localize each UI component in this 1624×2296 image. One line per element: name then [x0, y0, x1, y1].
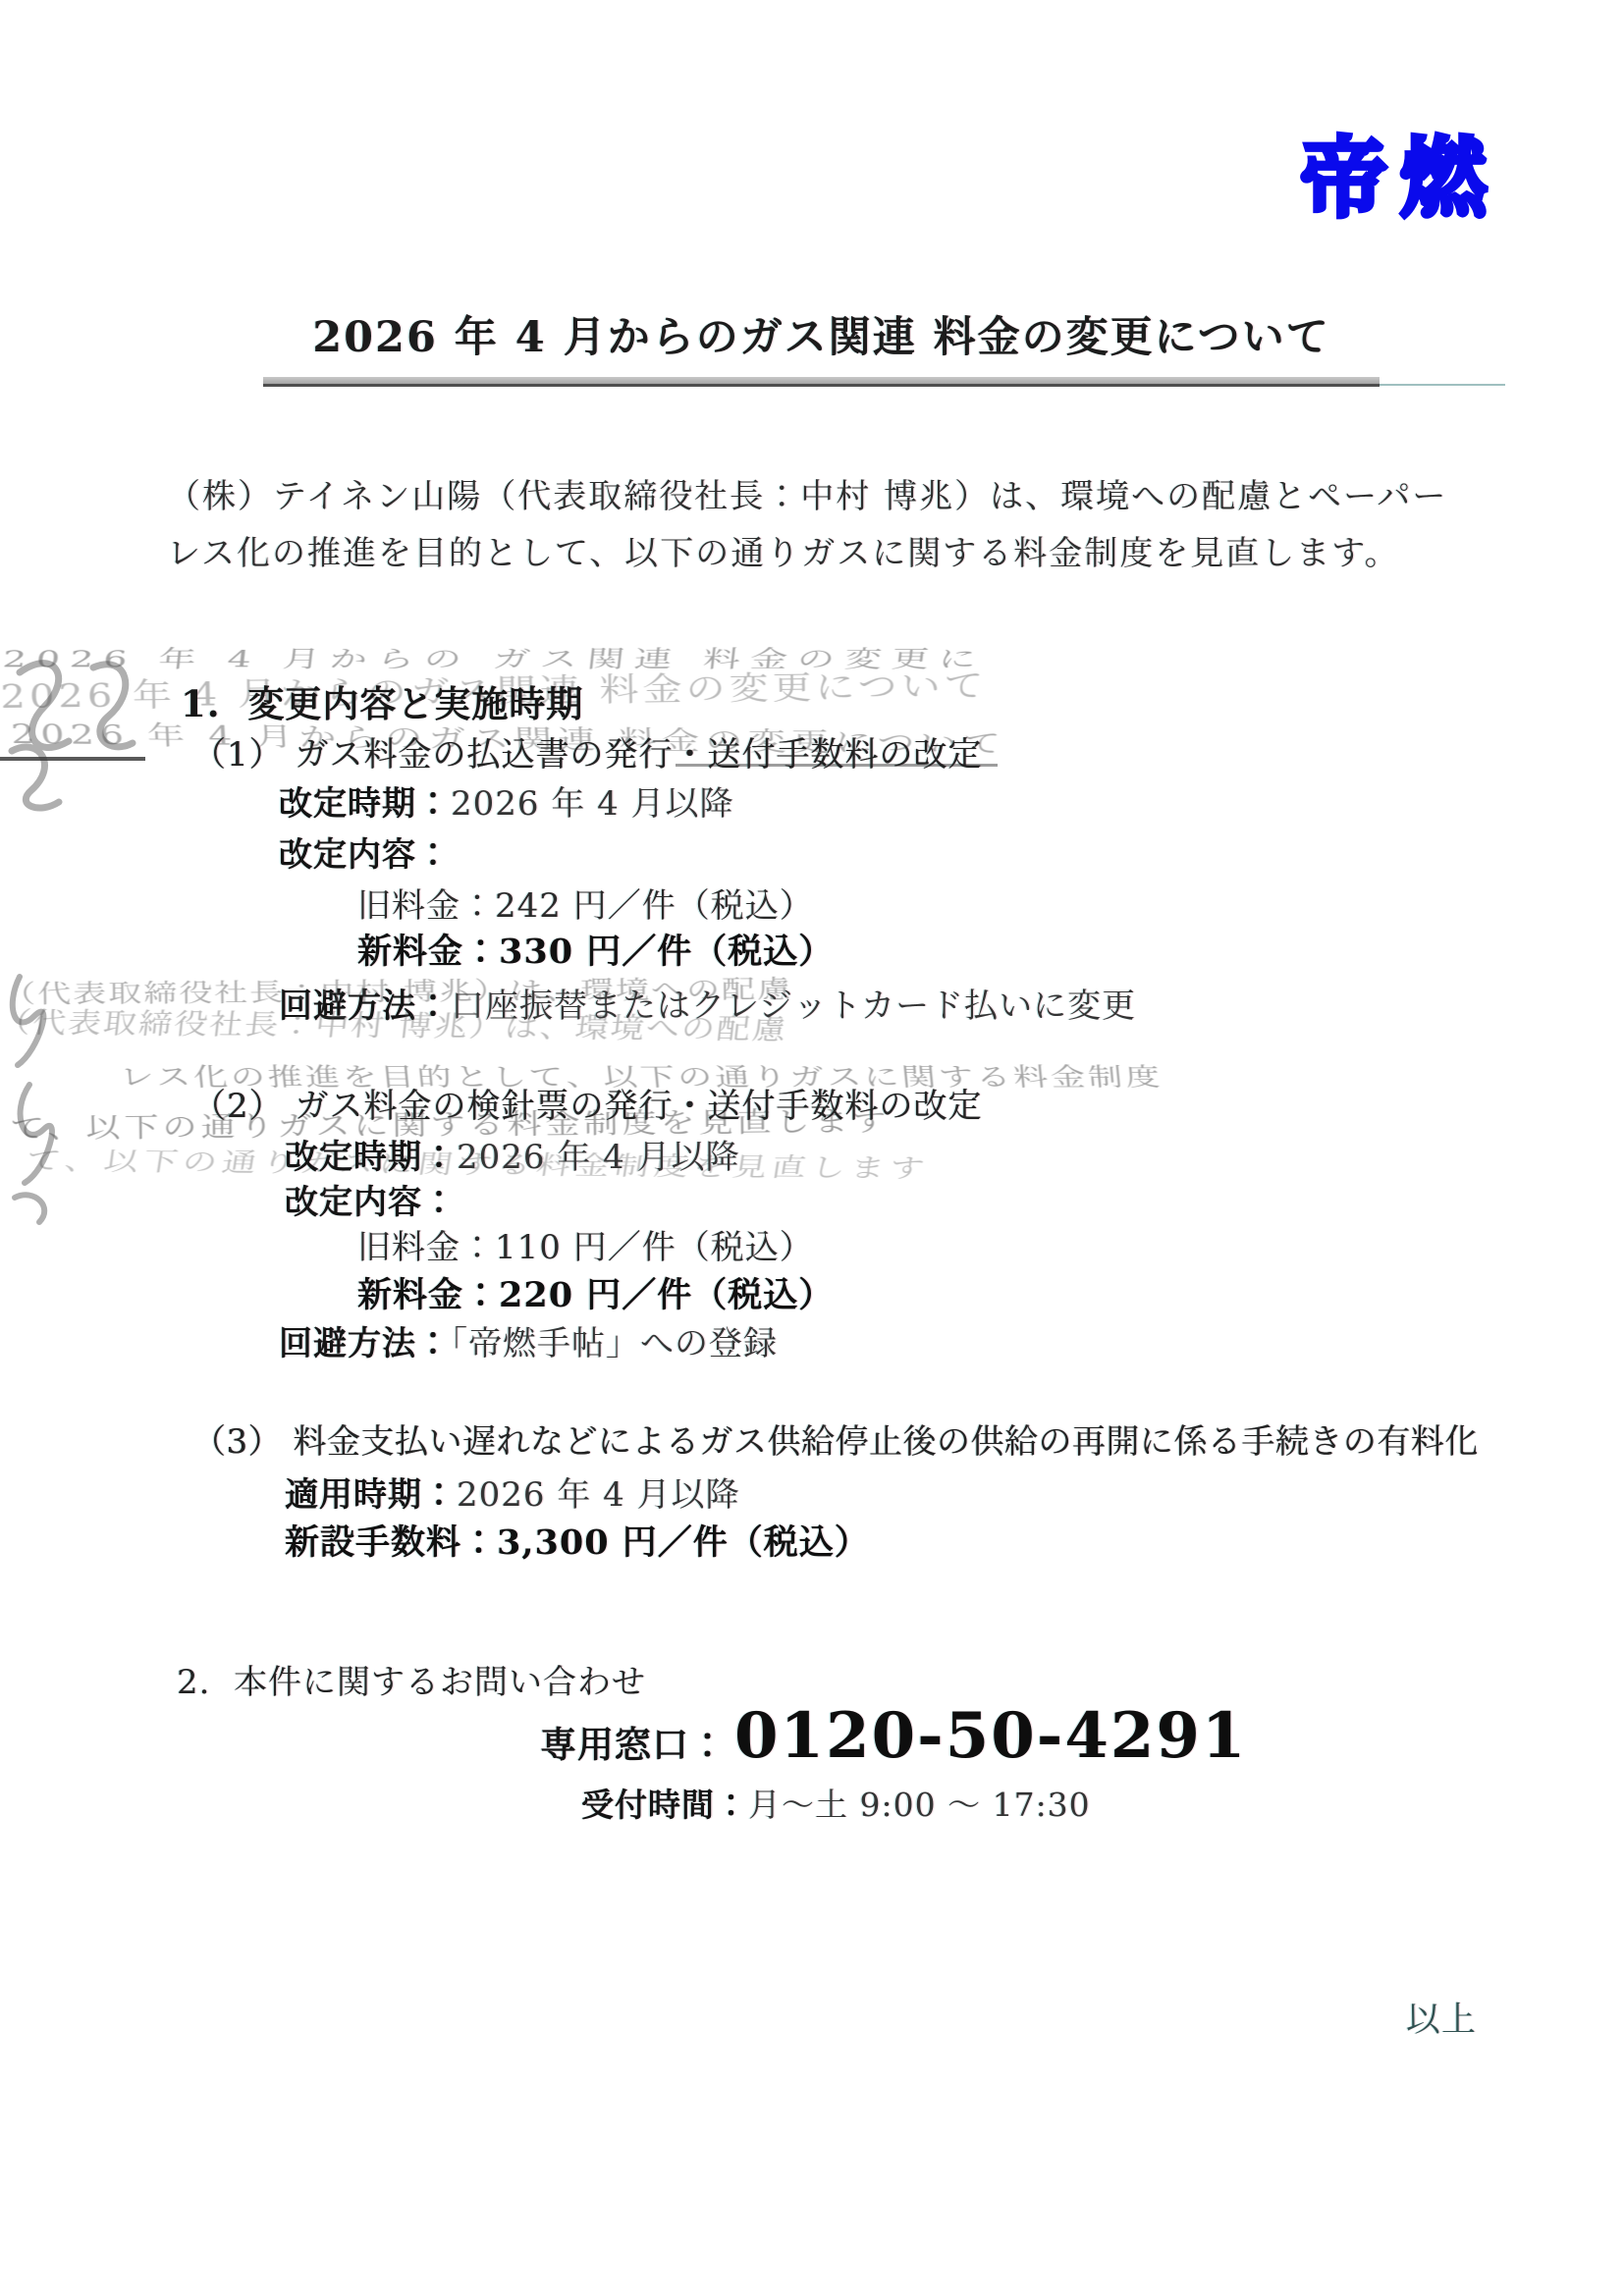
- scan-smudge-icon: [0, 957, 88, 1232]
- item2-title: （2） ガス料金の検針票の発行・送付手数料の改定: [192, 1088, 982, 1126]
- ghost-underline-fragment: [0, 757, 145, 761]
- hours-label: 受付時間：: [581, 1786, 748, 1824]
- item2-detail-label: 改定内容：: [285, 1184, 457, 1222]
- item1-period-value: 2026 年 4 月以降: [451, 784, 734, 824]
- item1-detail-label: 改定内容：: [279, 836, 451, 875]
- item2-avoid-row: 回避方法：「帝燃手帖」への登録: [279, 1325, 778, 1363]
- item3-period-value: 2026 年 4 月以降: [457, 1475, 740, 1515]
- item2-avoid-value: 「帝燃手帖」への登録: [451, 1324, 778, 1363]
- section2-heading: 2. 本件に関するお問い合わせ: [177, 1664, 646, 1702]
- item2-avoid-label: 回避方法：: [279, 1324, 451, 1363]
- ghost-intro-echo-2: （代表取締役社長：中村 博兆）は、環境への配慮: [0, 999, 790, 1047]
- title-underline-tail: [1380, 384, 1505, 386]
- item3-period-row: 適用時期：2026 年 4 月以降: [285, 1476, 740, 1515]
- company-logo: 帝燃: [1300, 110, 1500, 234]
- item1-old-fee: 旧料金：242 円／件（税込）: [357, 887, 814, 926]
- intro-line-1: （株）テイネン山陽（代表取締役社長：中村 博兆）は、環境への配慮とペーパー: [167, 478, 1447, 516]
- scanned-document-page: 帝燃 2026 年 4 月からのガス関連 料金の変更について （株）テイネン山陽…: [0, 0, 1624, 2296]
- phone-label: 専用窓口：: [540, 1724, 727, 1766]
- item2-old-fee: 旧料金：110 円／件（税込）: [357, 1229, 814, 1267]
- scan-smudge-icon: [0, 633, 167, 820]
- document-title: 2026 年 4 月からのガス関連 料金の変更について: [263, 314, 1380, 362]
- item3-title: （3） 料金支払い遅れなどによるガス供給停止後の供給の再開に係る手続きの有料化: [192, 1423, 1479, 1462]
- hours-value: 月～土 9:00 ～ 17:30: [748, 1786, 1091, 1824]
- item1-period-label: 改定時期：: [279, 784, 451, 824]
- item2-period-label: 改定時期：: [285, 1138, 457, 1177]
- item1-title: （1） ガス料金の払込書の発行・送付手数料の改定: [192, 736, 982, 774]
- item1-new-fee: 新料金：330 円／件（税込）: [357, 933, 834, 972]
- item1-period-row: 改定時期：2026 年 4 月以降: [279, 785, 734, 824]
- item2-new-fee: 新料金：220 円／件（税込）: [357, 1276, 834, 1315]
- title-underline: [263, 377, 1380, 387]
- item2-period-row: 改定時期：2026 年 4 月以降: [285, 1139, 740, 1177]
- item3-new-fee: 新設手数料：3,300 円／件（税込）: [285, 1523, 870, 1563]
- phone-row: 専用窓口： 0120-50-4291: [540, 1700, 1247, 1773]
- item2-period-value: 2026 年 4 月以降: [457, 1138, 740, 1177]
- closing-text: 以上: [1406, 2001, 1477, 2040]
- section1-heading: 1. 変更内容と実施時期: [181, 683, 583, 725]
- hours-row: 受付時間：月～土 9:00 ～ 17:30: [581, 1787, 1091, 1824]
- intro-line-2: レス化の推進を目的として、以下の通りガスに関する料金制度を見直します。: [167, 535, 1400, 573]
- item3-period-label: 適用時期：: [285, 1475, 457, 1515]
- phone-number: 0120-50-4291: [734, 1700, 1247, 1773]
